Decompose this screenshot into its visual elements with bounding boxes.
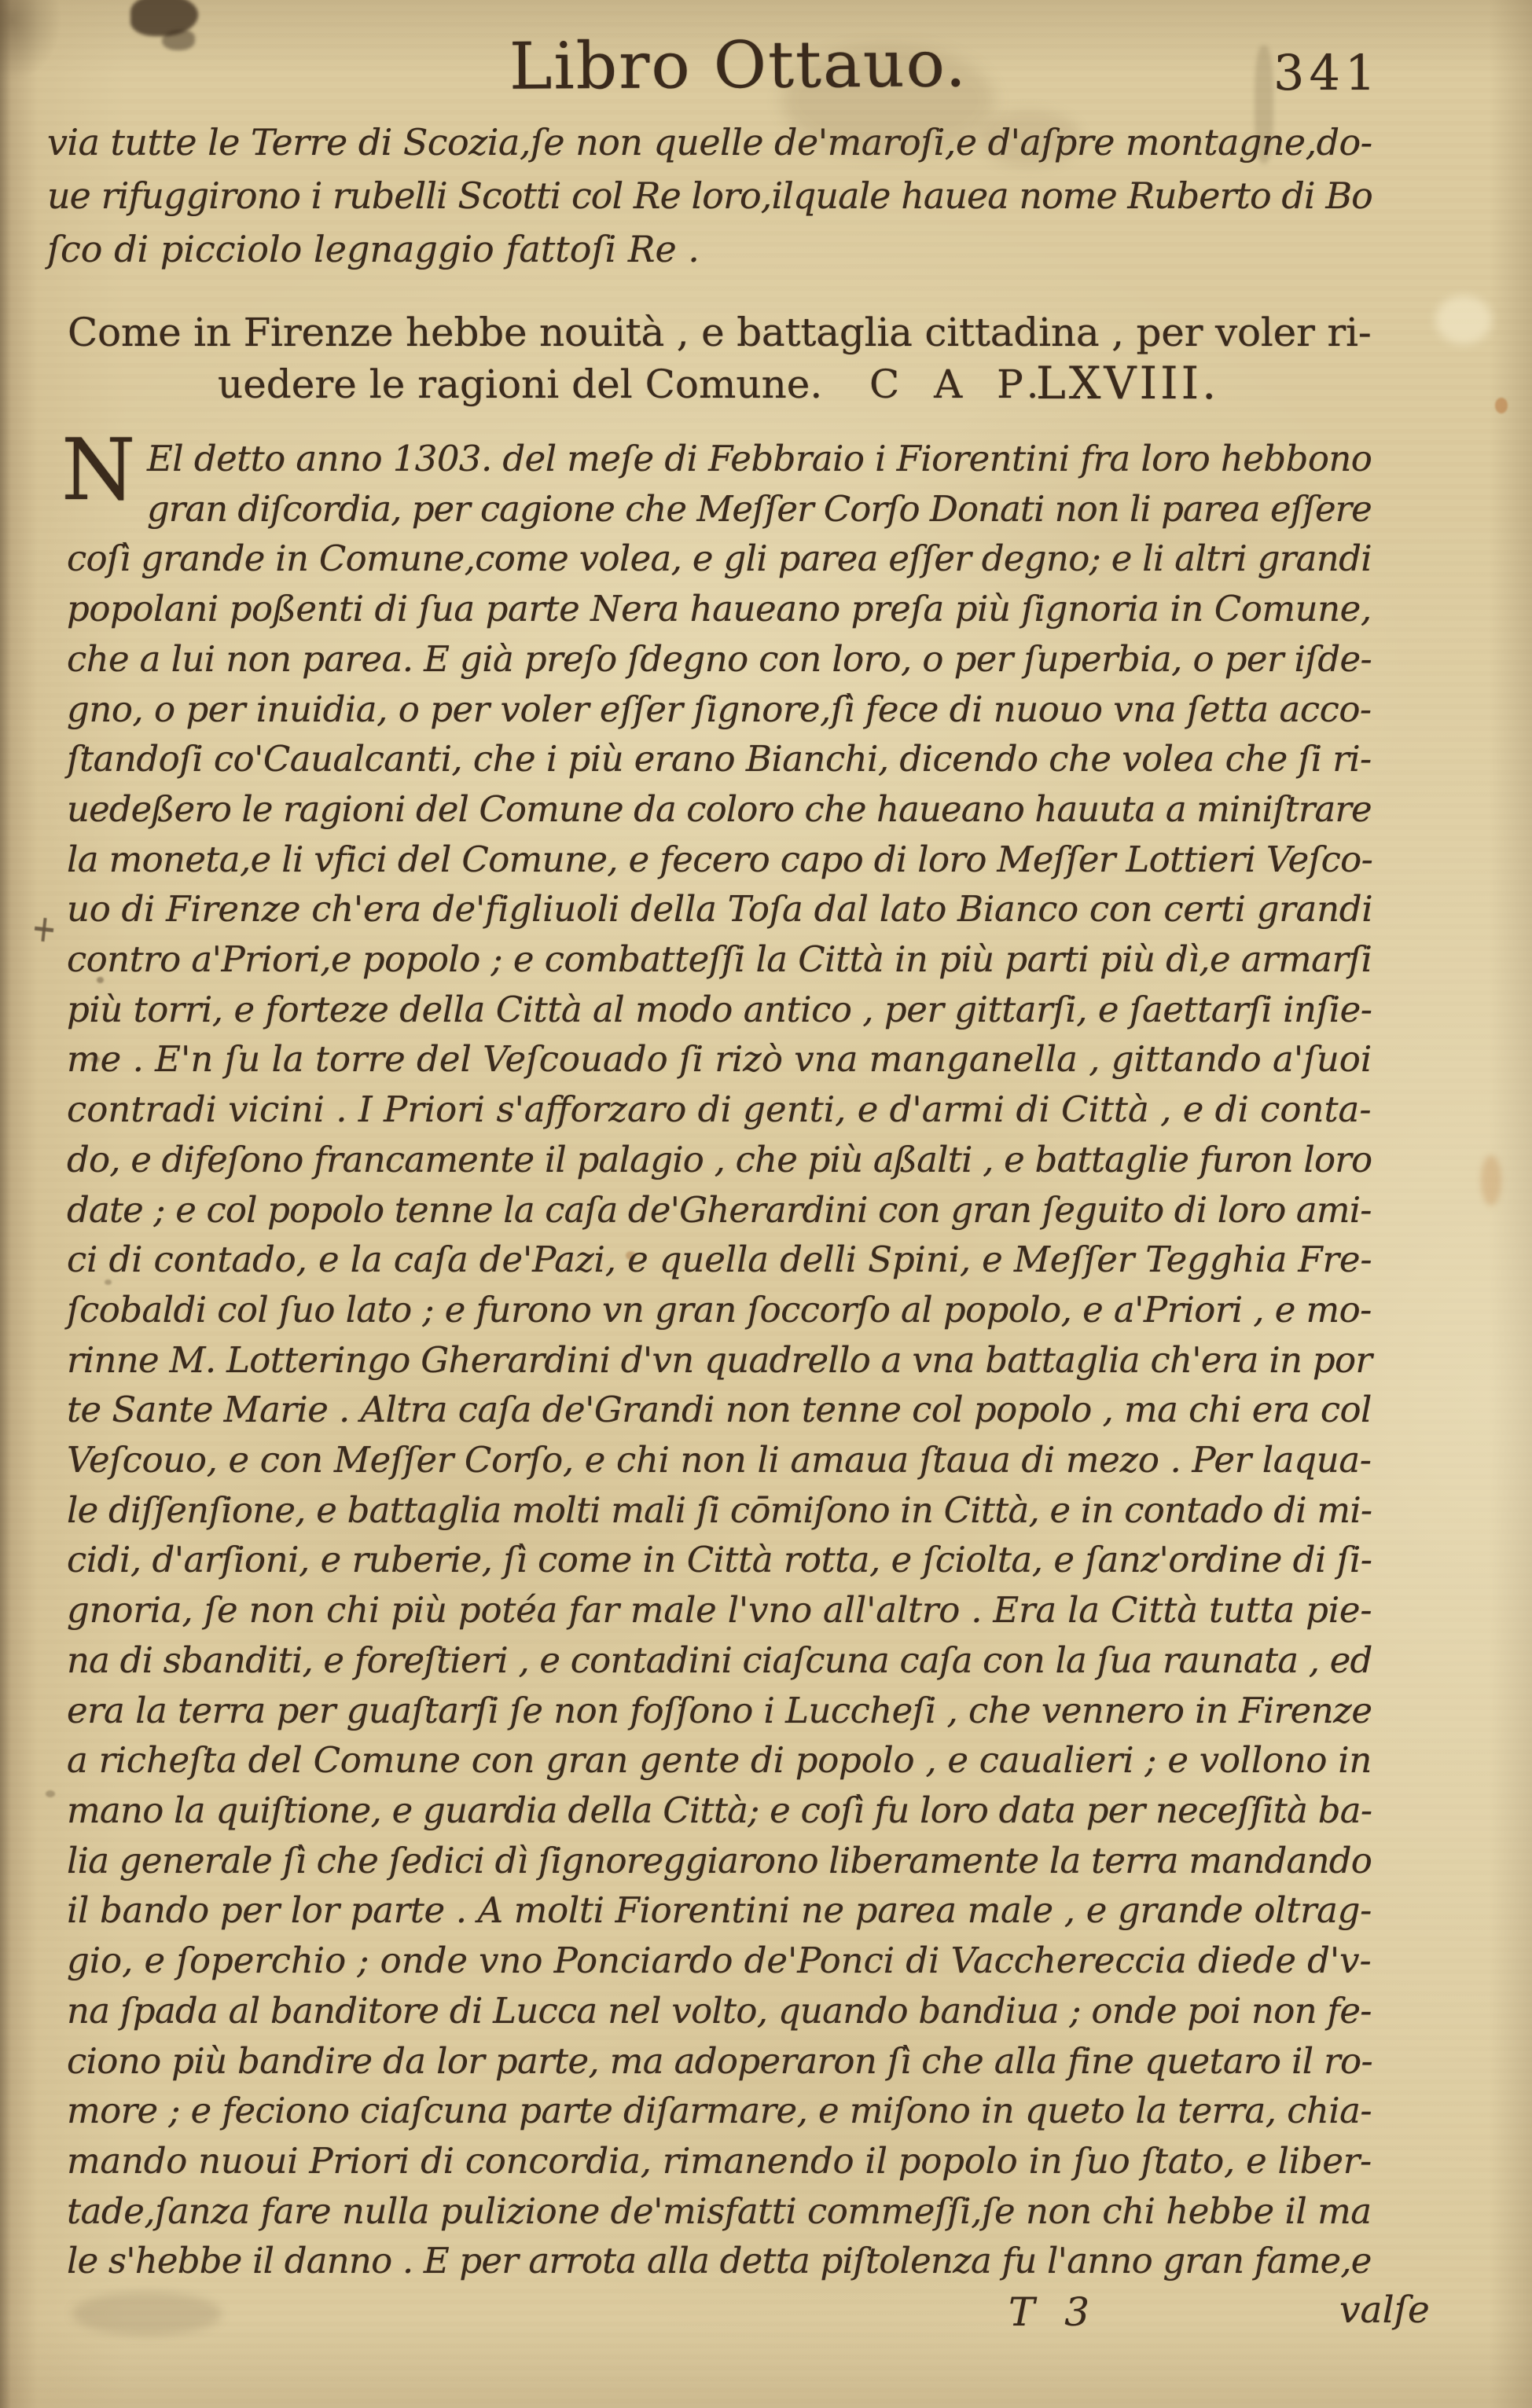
text-line: coſì grande in Comune,come volea, e gli … — [67, 534, 1372, 584]
chapter-cap-label: C A P. — [869, 362, 1050, 407]
text-line: il bando per lor parte . A molti Fiorent… — [67, 1885, 1372, 1936]
text-line: na ſpada al banditore di Lucca nel volto… — [67, 1986, 1372, 2036]
show-through-ghost — [72, 2292, 222, 2336]
catchword: valſe — [1339, 2289, 1430, 2332]
running-head: Libro Ottauo. — [509, 27, 968, 105]
text-line: ſtandoſi co'Caualcanti, che i più erano … — [67, 734, 1372, 784]
text-line: era la terra per guaſtarſi ſe non foſſon… — [67, 1686, 1372, 1736]
chapter-heading-line2: uedere le ragioni del Comune. — [218, 362, 822, 407]
intro-line: ſco di picciolo legnaggio fattoſi Re . — [47, 225, 1372, 273]
text-line: le s'hebbe il danno . E per arrota alla … — [67, 2236, 1372, 2286]
page-number: 341 — [1273, 44, 1380, 101]
text-line: mano la quiſtione, e guardia della Città… — [67, 1786, 1372, 1836]
text-line: me . E'n ſu la torre del Veſcouado ſi ri… — [67, 1034, 1372, 1085]
paper-stain — [1435, 295, 1492, 344]
text-line: tade,ſanza fare nulla pulizione de'misfa… — [67, 2186, 1372, 2237]
text-line: te Sante Marie . Altra caſa de'Grandi no… — [67, 1385, 1372, 1435]
text-line: la moneta,e li vfici del Comune, e fecer… — [67, 835, 1372, 885]
page-corner-shadow — [0, 0, 118, 134]
text-line: uedeßero le ragioni del Comune da coloro… — [67, 784, 1372, 835]
text-line: gno, o per inuidia, o per voler eſſer ſi… — [67, 685, 1372, 735]
text-line: lia generale ſì che ſedici dì ſignoreggi… — [67, 1836, 1372, 1886]
ink-smudge — [162, 30, 195, 50]
chapter-number: LXVIII. — [1036, 358, 1219, 409]
text-line: mando nuoui Priori di concordia, rimanen… — [67, 2136, 1372, 2186]
text-line: che a lui non parea. E già preſo ſdegno … — [67, 634, 1372, 685]
text-line: na di sbanditi, e foreſtieri , e contadi… — [67, 1635, 1372, 1686]
text-line: uo di Firenze ch'era de'figliuoli della … — [67, 884, 1372, 934]
text-line: ci di contado, e la caſa de'Pazi, e quel… — [67, 1235, 1372, 1285]
text-line: gran diſcordia, per cagione che Meſſer C… — [67, 484, 1372, 534]
text-line: rinne M. Lotteringo Gherardini d'vn quad… — [67, 1335, 1372, 1386]
text-line: cidi, d'arſioni, e ruberie, ſì come in C… — [67, 1535, 1372, 1585]
paper-stain — [1495, 398, 1508, 413]
text-line: more ; e feciono ciaſcuna parte diſarmar… — [67, 2086, 1372, 2136]
book-page: Libro Ottauo. 341 via tutte le Terre di … — [0, 0, 1532, 2408]
text-line: date ; e col popolo tenne la caſa de'Ghe… — [67, 1185, 1372, 1235]
text-line: El detto anno 1303. del meſe di Febbraio… — [67, 434, 1372, 484]
margin-mark-icon — [33, 917, 54, 942]
chapter-heading-line1: Come in Firenze hebbe nouità , e battagl… — [68, 308, 1372, 357]
ink-smudge — [130, 0, 198, 36]
intro-line: via tutte le Terre di Scozia,ſe non quel… — [47, 118, 1372, 167]
text-line: Veſcouo, e con Meſſer Corſo, e chi non l… — [67, 1435, 1372, 1485]
text-line: contradi vicini . I Priori s'afforzaro d… — [67, 1085, 1372, 1135]
text-line: gio, e ſoperchio ; onde vno Ponciardo de… — [67, 1936, 1372, 1986]
text-line: ciono più bandire da lor parte, ma adope… — [67, 2036, 1372, 2087]
text-line: le diſſenſione, e battaglia molti mali ſ… — [67, 1485, 1372, 1536]
text-line: a richeſta del Comune con gran gente di … — [67, 1735, 1372, 1786]
paper-stain — [1481, 1155, 1501, 1206]
text-line: popolani poßenti di ſua parte Nera hauea… — [67, 584, 1372, 634]
text-line: ſcobaldi col ſuo lato ; e furono vn gran… — [67, 1285, 1372, 1335]
intro-line: ue rifuggirono i rubelli Scotti col Re l… — [47, 171, 1372, 220]
ink-speck — [46, 1790, 55, 1797]
text-line: più torri, e forteze della Città al modo… — [67, 985, 1372, 1035]
signature-mark: T 3 — [1008, 2289, 1089, 2335]
text-line: contro a'Priori,e popolo ; e combatteſſi… — [67, 934, 1372, 985]
body-text: El detto anno 1303. del meſe di Febbraio… — [67, 434, 1372, 2286]
text-line: do, e difeſono francamente il palagio , … — [67, 1135, 1372, 1185]
text-line: gnoria, ſe non chi più potéa far male l'… — [67, 1585, 1372, 1635]
